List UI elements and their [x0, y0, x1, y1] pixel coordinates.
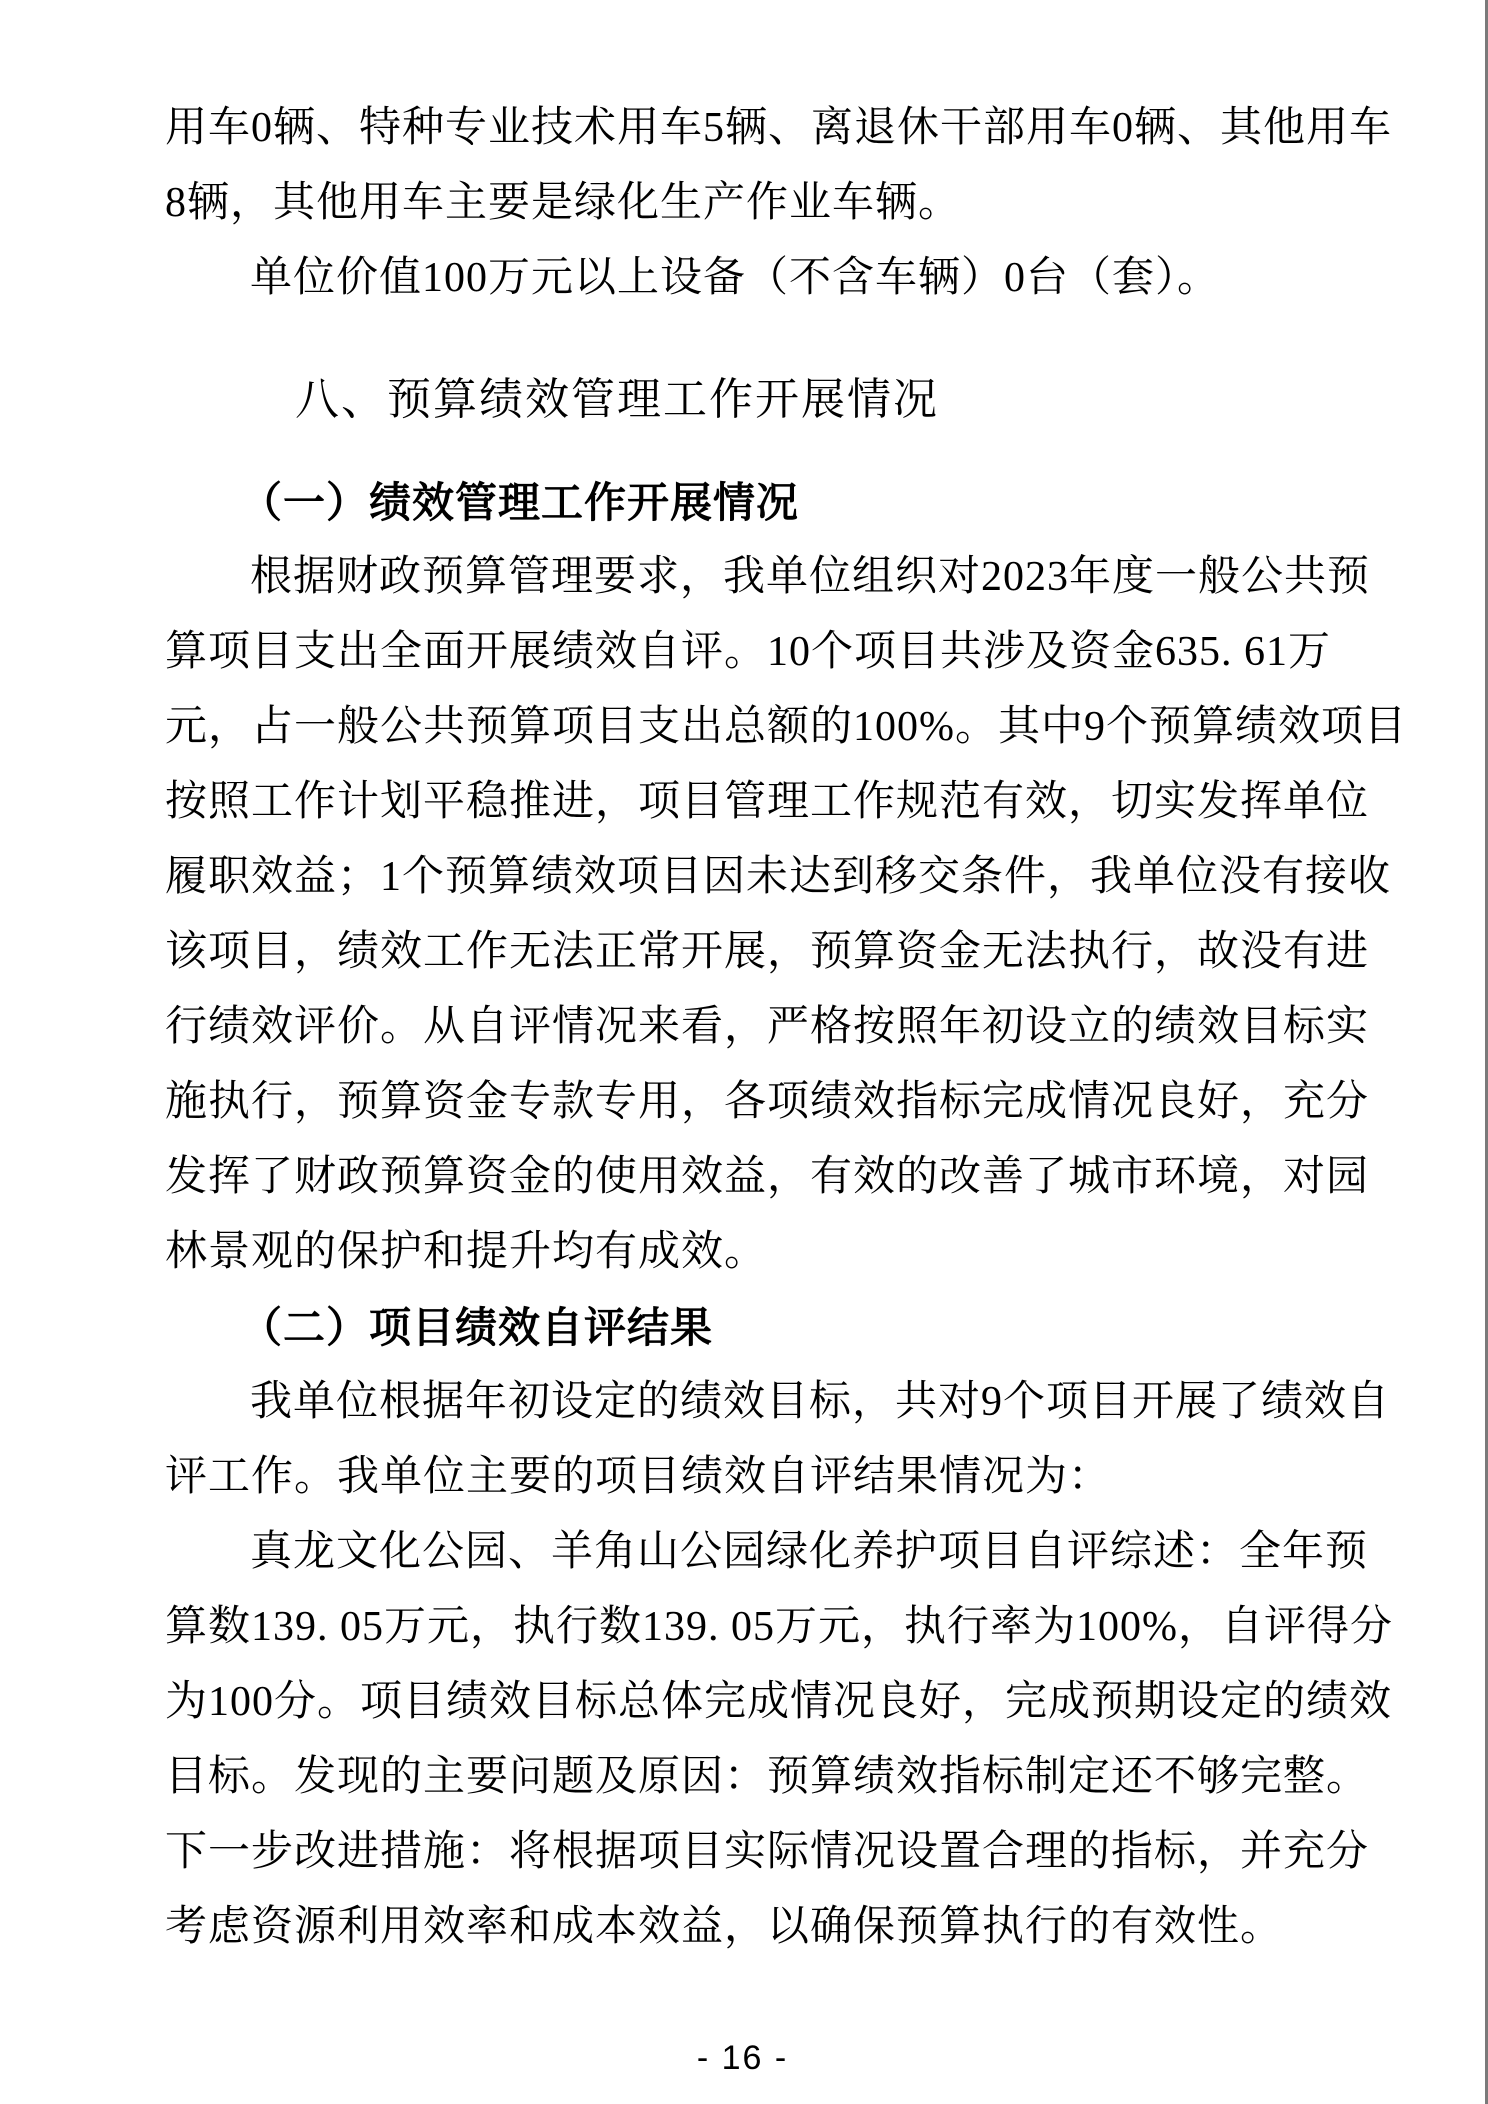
text-line: 林景观的保护和提升均有成效。 [165, 1215, 1325, 1290]
page-number: - 16 - [0, 2038, 1485, 2078]
text-line: 八、预算绩效管理工作开展情况 [165, 362, 1325, 437]
text-line: 施执行，预算资金专款专用，各项绩效指标完成情况良好，充分 [165, 1065, 1325, 1140]
document-page: 用车0辆、特种专业技术用车5辆、离退休干部用车0辆、其他用车8辆，其他用车主要是… [0, 0, 1488, 2104]
text-line: 目标。发现的主要问题及原因：预算绩效指标制定还不够完整。 [165, 1740, 1325, 1815]
text-line: 我单位根据年初设定的绩效目标，共对9个项目开展了绩效自 [165, 1365, 1325, 1440]
paragraph: 我单位根据年初设定的绩效目标，共对9个项目开展了绩效自评工作。我单位主要的项目绩… [165, 1365, 1325, 1515]
text-line: 为100分。项目绩效目标总体完成情况良好，完成预期设定的绩效 [165, 1665, 1325, 1740]
section-heading: 八、预算绩效管理工作开展情况 [165, 362, 1325, 437]
text-line: 发挥了财政预算资金的使用效益，有效的改善了城市环境，对园 [165, 1140, 1325, 1215]
text-line: 按照工作计划平稳推进，项目管理工作规范有效，切实发挥单位 [165, 765, 1325, 840]
text-line: 评工作。我单位主要的项目绩效自评结果情况为： [165, 1440, 1325, 1515]
text-line: 单位价值100万元以上设备（不含车辆）0台（套）。 [165, 241, 1325, 316]
paragraph: 用车0辆、特种专业技术用车5辆、离退休干部用车0辆、其他用车8辆，其他用车主要是… [165, 91, 1325, 241]
section-heading: （二）项目绩效自评结果 [165, 1290, 1325, 1365]
text-line: 该项目，绩效工作无法正常开展，预算资金无法执行，故没有进 [165, 915, 1325, 990]
text-line: 算数139. 05万元，执行数139. 05万元，执行率为100%，自评得分 [165, 1590, 1325, 1665]
text-line: 算项目支出全面开展绩效自评。10个项目共涉及资金635. 61万 [165, 615, 1325, 690]
text-line: 行绩效评价。从自评情况来看，严格按照年初设立的绩效目标实 [165, 990, 1325, 1065]
text-line: 履职效益；1个预算绩效项目因未达到移交条件，我单位没有接收 [165, 840, 1325, 915]
text-line: （二）项目绩效自评结果 [165, 1290, 1325, 1365]
text-line: 真龙文化公园、羊角山公园绿化养护项目自评综述：全年预 [165, 1515, 1325, 1590]
paragraph: 真龙文化公园、羊角山公园绿化养护项目自评综述：全年预算数139. 05万元，执行… [165, 1515, 1325, 1965]
paragraph: 根据财政预算管理要求，我单位组织对2023年度一般公共预算项目支出全面开展绩效自… [165, 540, 1325, 1290]
text-line: 根据财政预算管理要求，我单位组织对2023年度一般公共预 [165, 540, 1325, 615]
document-body: 用车0辆、特种专业技术用车5辆、离退休干部用车0辆、其他用车8辆，其他用车主要是… [165, 91, 1325, 1965]
text-line: 用车0辆、特种专业技术用车5辆、离退休干部用车0辆、其他用车 [165, 91, 1325, 166]
text-line: （一）绩效管理工作开展情况 [165, 465, 1325, 540]
section-heading: （一）绩效管理工作开展情况 [165, 465, 1325, 540]
text-line: 元，占一般公共预算项目支出总额的100%。其中9个预算绩效项目 [165, 690, 1325, 765]
text-line: 8辆，其他用车主要是绿化生产作业车辆。 [165, 166, 1325, 241]
text-line: 下一步改进措施：将根据项目实际情况设置合理的指标，并充分 [165, 1815, 1325, 1890]
paragraph: 单位价值100万元以上设备（不含车辆）0台（套）。 [165, 241, 1325, 316]
text-line: 考虑资源利用效率和成本效益，以确保预算执行的有效性。 [165, 1890, 1325, 1965]
